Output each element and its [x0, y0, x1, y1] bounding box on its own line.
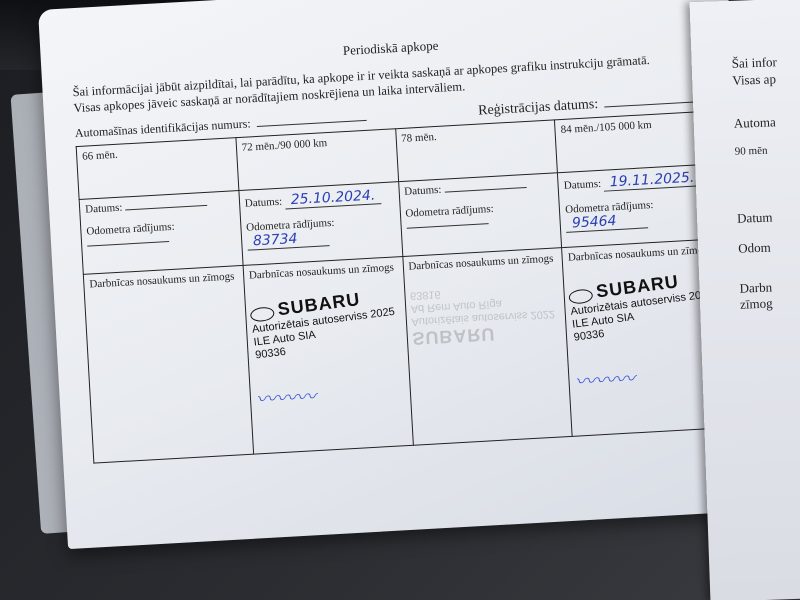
- right-page-date: Datum: [737, 210, 773, 227]
- entry-cell-2: Datums: 25.10.2024. Odometra rādījums:83…: [239, 182, 403, 266]
- odometer-value: [406, 223, 488, 229]
- workshop-label: Darbnīcas nosaukums un zīmogs: [89, 270, 238, 290]
- interval-cell-2: 72 mēn./90 000 km: [236, 129, 398, 191]
- right-page-workshop: Darbn zīmog: [739, 279, 780, 312]
- date-label: Datums:: [85, 202, 123, 216]
- registration-label: Reģistrācijas datums:: [478, 97, 599, 119]
- dealer-stamp: SUBARU Autorizētais autoserviss 2025 ILE…: [249, 284, 404, 362]
- vin-label: Automašīnas identifikācijas numurs:: [75, 116, 251, 140]
- right-page-text-3: Automa: [734, 114, 776, 131]
- workshop-label: Darbnīcas nosaukums un zīmogs: [568, 244, 717, 264]
- right-page-text-2: Visas ap: [732, 71, 776, 89]
- entry-cell-3: Datums: Odometra rādījums:: [398, 173, 562, 257]
- date-value: 19.11.2025.: [603, 169, 700, 191]
- workshop-cell-2: Darbnīcas nosaukums un zīmogs SUBARU Aut…: [243, 257, 413, 455]
- right-page-text-1: Šai infor: [731, 54, 777, 72]
- odometer-value: [87, 241, 169, 247]
- date-label: Datums:: [404, 184, 442, 198]
- signature: 〰〰〰: [255, 375, 405, 412]
- interval-cell-3: 78 mēn.: [395, 120, 557, 182]
- date-value: [125, 205, 207, 211]
- booklet-page-left: Periodiskā apkope Šai informācijai jābūt…: [38, 0, 757, 549]
- ghost-stamp: SUBARU Autorizētais autoserviss 2022 Ad …: [410, 280, 562, 348]
- workshop-cell-3: Darbnīcas nosaukums un zīmogs SUBARU Aut…: [402, 248, 572, 446]
- date-label: Datums:: [564, 178, 602, 192]
- interval-cell-1: 66 mēn.: [76, 138, 238, 200]
- right-page-odometer: Odom: [738, 240, 771, 257]
- vin-blank: [257, 120, 367, 127]
- date-label: Datums:: [245, 196, 283, 210]
- date-value: 25.10.2024.: [284, 187, 381, 209]
- workshop-label: Darbnīcas nosaukums un zīmogs: [249, 261, 398, 281]
- odometer-value: 83734: [247, 229, 330, 251]
- workshop-cell-1: Darbnīcas nosaukums un zīmogs: [83, 265, 253, 463]
- workshop-label: Darbnīcas nosaukums un zīmogs: [408, 252, 557, 272]
- service-table: 66 mēn. 72 mēn./90 000 km 78 mēn. 84 mēn…: [76, 110, 733, 463]
- odometer-label: Odometra rādījums:: [86, 221, 175, 238]
- entry-cell-1: Datums: Odometra rādījums:: [79, 191, 243, 275]
- odometer-label: Odometra rādījums:: [405, 203, 494, 220]
- date-value: [444, 187, 526, 193]
- right-page-interval: 90 mēn: [735, 145, 768, 158]
- odometer-value: 95464: [566, 211, 649, 233]
- ghost-brand: SUBARU: [412, 324, 496, 349]
